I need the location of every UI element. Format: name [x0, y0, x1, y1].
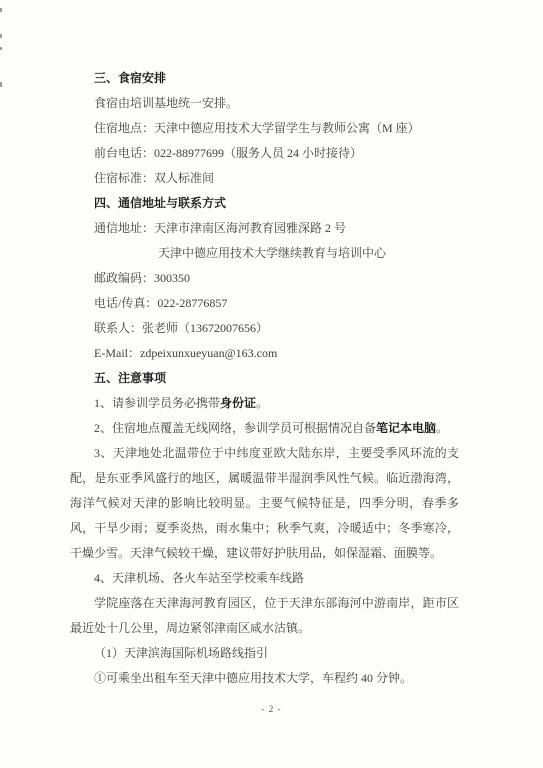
para-mailing-address-line2: 天津中德应用技术大学继续教育与培训中心 — [158, 241, 459, 266]
para-phone-fax: 电话/传真：022-28776857 — [70, 291, 459, 316]
section3-heading: 三、食宿安排 — [70, 66, 459, 91]
document-page: 三、食宿安排 食宿由培训基地统一安排。 住宿地点：天津中德应用技术大学留学生与教… — [0, 0, 543, 768]
scan-edge-artifact — [0, 82, 2, 87]
para-note-2: 2、住宿地点覆盖无线网络，参训学员可根据情况自备笔记本电脑。 — [70, 416, 459, 441]
note2-text: 2、住宿地点覆盖无线网络，参训学员可根据情况自备 — [94, 421, 376, 435]
para-airport-route-step1: ①可乘坐出租车至天津中德应用技术大学，车程约 40 分钟。 — [70, 666, 459, 691]
document-content: 三、食宿安排 食宿由培训基地统一安排。 住宿地点：天津中德应用技术大学留学生与教… — [70, 66, 459, 691]
note2-emphasis: 笔记本电脑 — [376, 421, 436, 435]
note2-end: 。 — [436, 421, 448, 435]
scan-edge-artifact — [0, 34, 2, 38]
para-note-3-climate: 3、天津地处北温带位于中纬度亚欧大陆东岸，主要受季风环流的支配，是东亚季风盛行的… — [70, 441, 459, 566]
para-email: E-Mail：zdpeixunxueyuan@163.com — [70, 341, 459, 366]
para-note-4-transport-title: 4、天津机场、各火车站至学校乘车线路 — [70, 566, 459, 591]
note1-emphasis: 身份证 — [220, 396, 256, 410]
para-note-4-campus-location: 学院座落在天津海河教育园区，位于天津东部海河中游南岸，距市区最近处十几公里，周边… — [70, 591, 459, 641]
para-lodging-standard: 住宿标准：双人标准间 — [70, 166, 459, 191]
para-note-1: 1、请参训学员务必携带身份证。 — [70, 391, 459, 416]
para-lodging-location: 住宿地点：天津中德应用技术大学留学生与教师公寓（M 座） — [70, 116, 459, 141]
section5-heading: 五、注意事项 — [70, 366, 459, 391]
section4-heading: 四、通信地址与联系方式 — [70, 191, 459, 216]
note1-text: 1、请参训学员务必携带 — [94, 396, 220, 410]
para-contact-person: 联系人：张老师（13672007656） — [70, 316, 459, 341]
para-postcode: 邮政编码：300350 — [70, 266, 459, 291]
para-airport-route-title: （1）天津滨海国际机场路线指引 — [70, 641, 459, 666]
para-meal-arrangement: 食宿由培训基地统一安排。 — [70, 91, 459, 116]
para-front-desk-phone: 前台电话：022-88977699（服务人员 24 小时接待） — [70, 141, 459, 166]
scan-edge-artifact — [0, 8, 2, 12]
page-number: - 2 - — [0, 704, 543, 714]
note1-end: 。 — [256, 396, 268, 410]
para-mailing-address-line1: 通信地址：天津市津南区海河教育园雅深路 2 号 — [70, 216, 459, 241]
scan-edge-artifact — [0, 47, 2, 50]
